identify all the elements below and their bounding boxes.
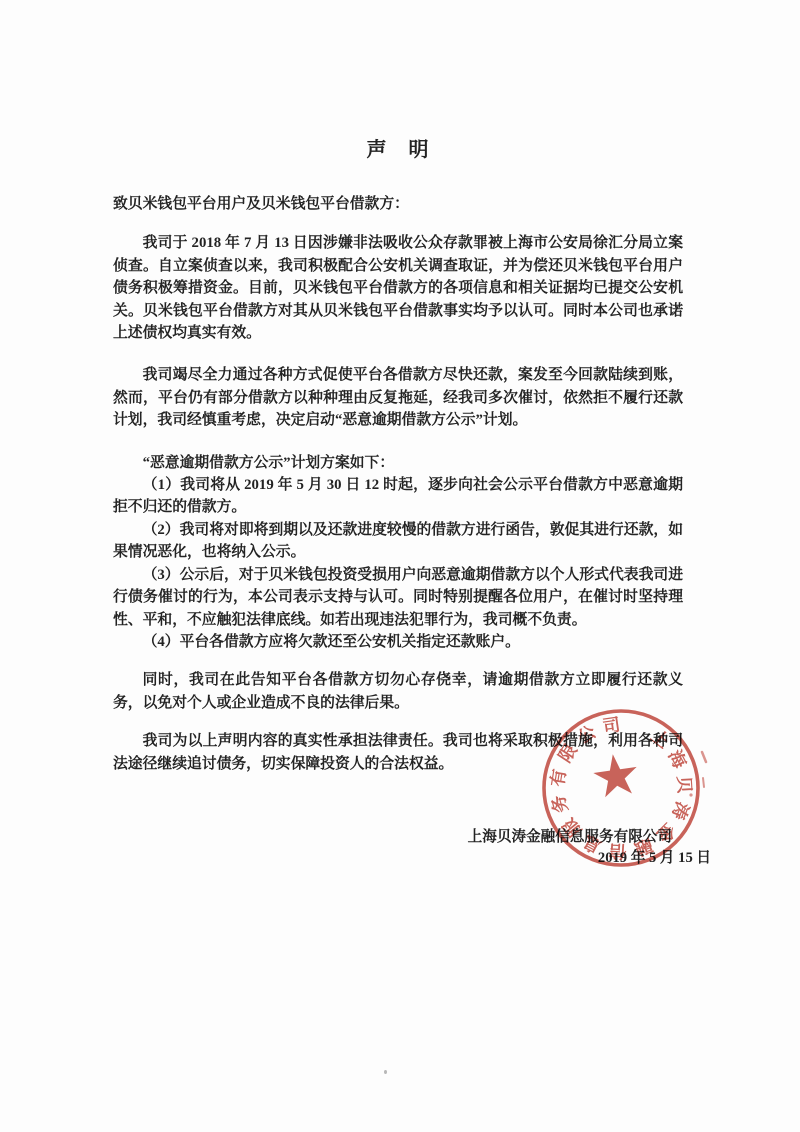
stray-ink-marks bbox=[685, 690, 745, 810]
document-body: 致贝米钱包平台用户及贝米钱包平台借款方： 我司于 2018 年 7 月 13 日… bbox=[113, 193, 683, 870]
paragraph-repayment-plan: 我司竭尽全力通过各种方式促使平台各借款方尽快还款，案发至今回款陆续到账，然而，平… bbox=[113, 364, 683, 431]
closing-paragraph-1: 同时，我司在此告知平台各借款方切勿心存侥幸，请逾期借款方立即履行还款义务，以免对… bbox=[113, 669, 683, 714]
plan-item-3: （3）公示后，对于贝米钱包投资受损用户向恶意逾期借款方以个人形式代表我司进行债务… bbox=[113, 564, 683, 631]
document-page: 声 明 致贝米钱包平台用户及贝米钱包平台借款方： 我司于 2018 年 7 月 … bbox=[0, 0, 800, 1132]
signature-company: 上海贝涛金融信息服务有限公司 bbox=[113, 827, 683, 849]
scan-speck bbox=[384, 1070, 387, 1074]
salutation: 致贝米钱包平台用户及贝米钱包平台借款方： bbox=[113, 193, 683, 215]
plan-item-2: （2）我司将对即将到期以及还款进度较慢的借款方进行函告，敦促其进行还款，如果情况… bbox=[113, 519, 683, 564]
signature-block: 上海贝涛金融信息服务有限公司 2019 年 5 月 15 日 bbox=[113, 827, 683, 870]
plan-item-4: （4）平台各借款方应将欠款还至公安机关指定还款账户。 bbox=[113, 631, 683, 653]
document-title: 声 明 bbox=[113, 137, 683, 163]
paragraph-investigation: 我司于 2018 年 7 月 13 日因涉嫌非法吸收公众存款罪被上海市公安局徐汇… bbox=[113, 232, 683, 344]
closing-paragraph-2: 我司为以上声明内容的真实性承担法律责任。我司也将采取积极措施，利用各种司法途径继… bbox=[113, 730, 683, 775]
plan-item-1: （1）我司将从 2019 年 5 月 30 日 12 时起，逐步向社会公示平台借… bbox=[113, 474, 683, 519]
plan-intro: “恶意逾期借款方公示”计划方案如下： bbox=[113, 452, 683, 474]
signature-date: 2019 年 5 月 15 日 bbox=[113, 848, 711, 870]
